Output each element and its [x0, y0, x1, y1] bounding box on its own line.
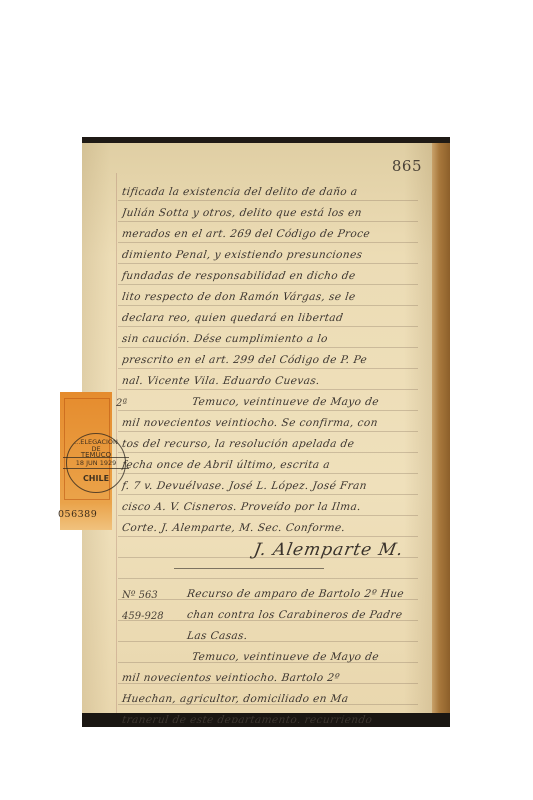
handwritten-line: Recurso de amparo de Bartolo 2º Hue — [186, 588, 428, 600]
ruled-line — [118, 389, 418, 390]
ledger-book: 865 tificada la existencia del delito de… — [82, 137, 450, 727]
signature-underline — [174, 568, 324, 569]
ruled-line — [118, 452, 418, 453]
handwritten-line: tificada la existencia del delito de dañ… — [121, 186, 423, 198]
handwritten-line: fecha once de Abril último, escrita a — [121, 459, 423, 471]
handwritten-line: nal. Vicente Vila. Eduardo Cuevas. — [121, 375, 423, 387]
ruled-line — [118, 305, 418, 306]
handwritten-line: Temuco, veintinueve de Mayo de — [191, 396, 423, 408]
handwritten-line: Julián Sotta y otros, delito que está lo… — [121, 207, 423, 219]
ruled-line — [118, 473, 418, 474]
ruled-line — [118, 578, 418, 579]
handwritten-line: Huechan, agricultor, domiciliado en Ma — [121, 693, 423, 705]
handwritten-line: declara reo, quien quedará en libertad — [121, 312, 423, 324]
ruled-line — [118, 326, 418, 327]
handwritten-line: cisco A. V. Cisneros. Proveído por la Il… — [121, 501, 423, 513]
ruled-line — [118, 494, 418, 495]
handwritten-line: chan contra los Carabineros de Padre — [186, 609, 428, 621]
margin-rule — [116, 173, 117, 713]
ruled-line — [118, 284, 418, 285]
handwritten-line: lito respecto de don Ramón Várgas, se le — [121, 291, 423, 303]
ledger-page: 865 tificada la existencia del delito de… — [82, 143, 432, 713]
book-bottom-edge — [82, 713, 450, 727]
handwritten-line: Corte. J. Alemparte, M. Sec. Conforme. — [121, 522, 423, 534]
handwritten-line: fundadas de responsabilidad en dicho de — [121, 270, 423, 282]
ruled-line — [118, 368, 418, 369]
handwritten-line: dimiento Penal, y existiendo presuncione… — [121, 249, 423, 261]
handwritten-line: prescrito en el art. 299 del Código de P… — [121, 354, 423, 366]
handwritten-line: f. 7 v. Devuélvase. José L. López. José … — [121, 480, 423, 492]
handwritten-line: Temuco, veintinueve de Mayo de — [191, 651, 423, 663]
ruled-line — [118, 263, 418, 264]
page-number: 865 — [392, 157, 422, 175]
entry-marker: 2ª — [116, 398, 127, 409]
handwritten-line: tos del recurso, la resolución apelada d… — [121, 438, 423, 450]
ruled-line — [118, 515, 418, 516]
entry-number: Nº 563 — [122, 590, 158, 601]
ruled-line — [118, 200, 418, 201]
ruled-line — [118, 347, 418, 348]
signature: J. Alemparte M. — [252, 540, 405, 560]
handwritten-line: mil novecientos veintiocho. Bartolo 2º — [121, 672, 423, 684]
ruled-line — [118, 536, 418, 537]
handwritten-line: sin caución. Dése cumplimiento a lo — [121, 333, 423, 345]
handwritten-line: merados en el art. 269 del Código de Pro… — [121, 228, 423, 240]
handwritten-line: mil novecientos veintiocho. Se confirma,… — [121, 417, 423, 429]
ruled-line — [118, 221, 418, 222]
book-spine-edge — [432, 143, 450, 713]
ruled-line — [118, 431, 418, 432]
handwritten-line: Las Casas. — [186, 630, 428, 642]
entry-reference: 459-928 — [122, 611, 164, 622]
ruled-line — [118, 410, 418, 411]
ruled-line — [118, 242, 418, 243]
